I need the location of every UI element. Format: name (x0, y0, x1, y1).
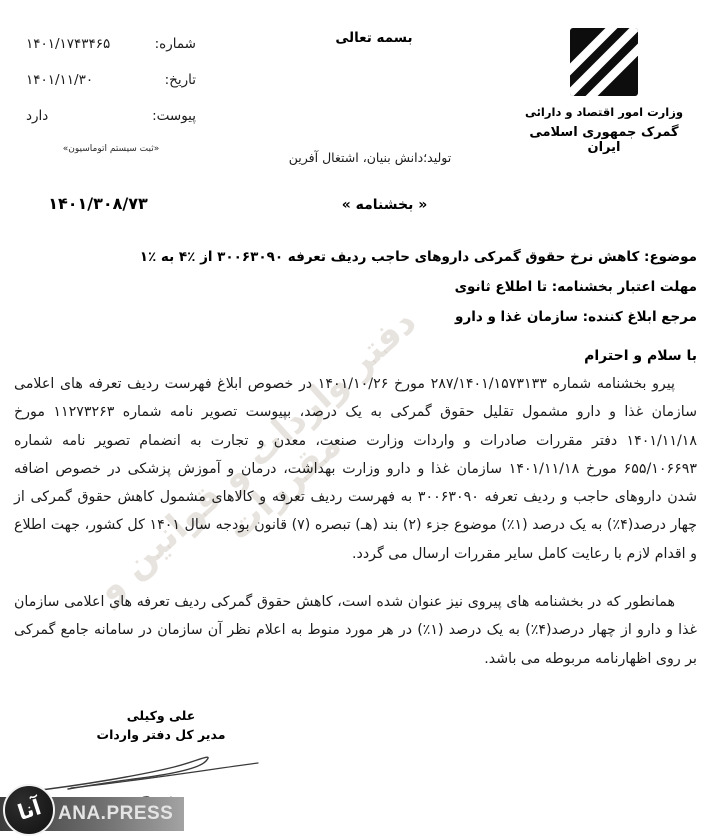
letter-attachment-row: پیوست: دارد (26, 108, 196, 124)
year-slogan: تولید؛دانش بنیان، اشتغال آفرین (255, 150, 485, 165)
letter-date-label: تاریخ: (165, 72, 196, 88)
signature-block: علی وکیلی مدیر کل دفتر واردات (56, 707, 266, 811)
letter-number-row: شماره: ۱۴۰۱/۱۷۴۳۴۶۵ (26, 36, 196, 52)
automation-registration-note: «ثبت سیستم اتوماسیون» (26, 144, 196, 154)
letterhead-block: وزارت امور اقتصاد و دارائی گمرک جمهوری ا… (511, 26, 697, 155)
validity-line: مهلت اعتبار بخشنامه: تا اطلاع ثانوی (14, 272, 697, 302)
issuing-authority-line: مرجع ابلاغ کننده: سازمان غذا و دارو (14, 302, 697, 332)
body-paragraph-1: پیرو بخشنامه شماره ۲۸۷/۱۴۰۱/۱۵۷۳۱۳۳ مورخ… (14, 370, 697, 568)
letter-body: موضوع: کاهش نرخ حقوق گمرکی داروهای حاجب … (14, 242, 697, 810)
letter-attachment-label: پیوست: (152, 108, 196, 124)
greeting-line: با سلام و احترام (14, 348, 697, 364)
letter-meta-block: شماره: ۱۴۰۱/۱۷۴۳۴۶۵ تاریخ: ۱۴۰۱/۱۱/۳۰ پی… (26, 36, 196, 154)
letter-attachment-value: دارد (26, 108, 48, 124)
bismillah-heading: بسمه تعالی (318, 30, 430, 46)
circular-number: ۱۴۰۱/۳۰۸/۷۳ (28, 194, 168, 213)
body-paragraph-2: همانطور که در بخشنامه های پیروی نیز عنوا… (14, 588, 697, 673)
customs-circular-document: دفتر واردات و قوانین و مقررات شماره: ۱۴۰… (0, 0, 711, 840)
ana-monogram: آنا (15, 796, 43, 823)
ana-press-logo-icon: آنا (3, 784, 55, 836)
circular-title: « بخشنامه » (322, 197, 447, 213)
letter-date-row: تاریخ: ۱۴۰۱/۱۱/۳۰ (26, 72, 196, 88)
iran-customs-logo-icon (568, 26, 640, 98)
customs-organization-name: گمرک جمهوری اسلامی ایران (511, 125, 697, 155)
ministry-name: وزارت امور اقتصاد و دارائی (511, 105, 697, 119)
subject-line: موضوع: کاهش نرخ حقوق گمرکی داروهای حاجب … (14, 242, 697, 272)
letter-number-value: ۱۴۰۱/۱۷۴۳۴۶۵ (26, 36, 110, 52)
press-badge-label: ANA.PRESS (58, 803, 173, 825)
letter-number-label: شماره: (155, 36, 196, 52)
letter-date-value: ۱۴۰۱/۱۱/۳۰ (26, 72, 93, 88)
signer-name: علی وکیلی (56, 707, 266, 726)
